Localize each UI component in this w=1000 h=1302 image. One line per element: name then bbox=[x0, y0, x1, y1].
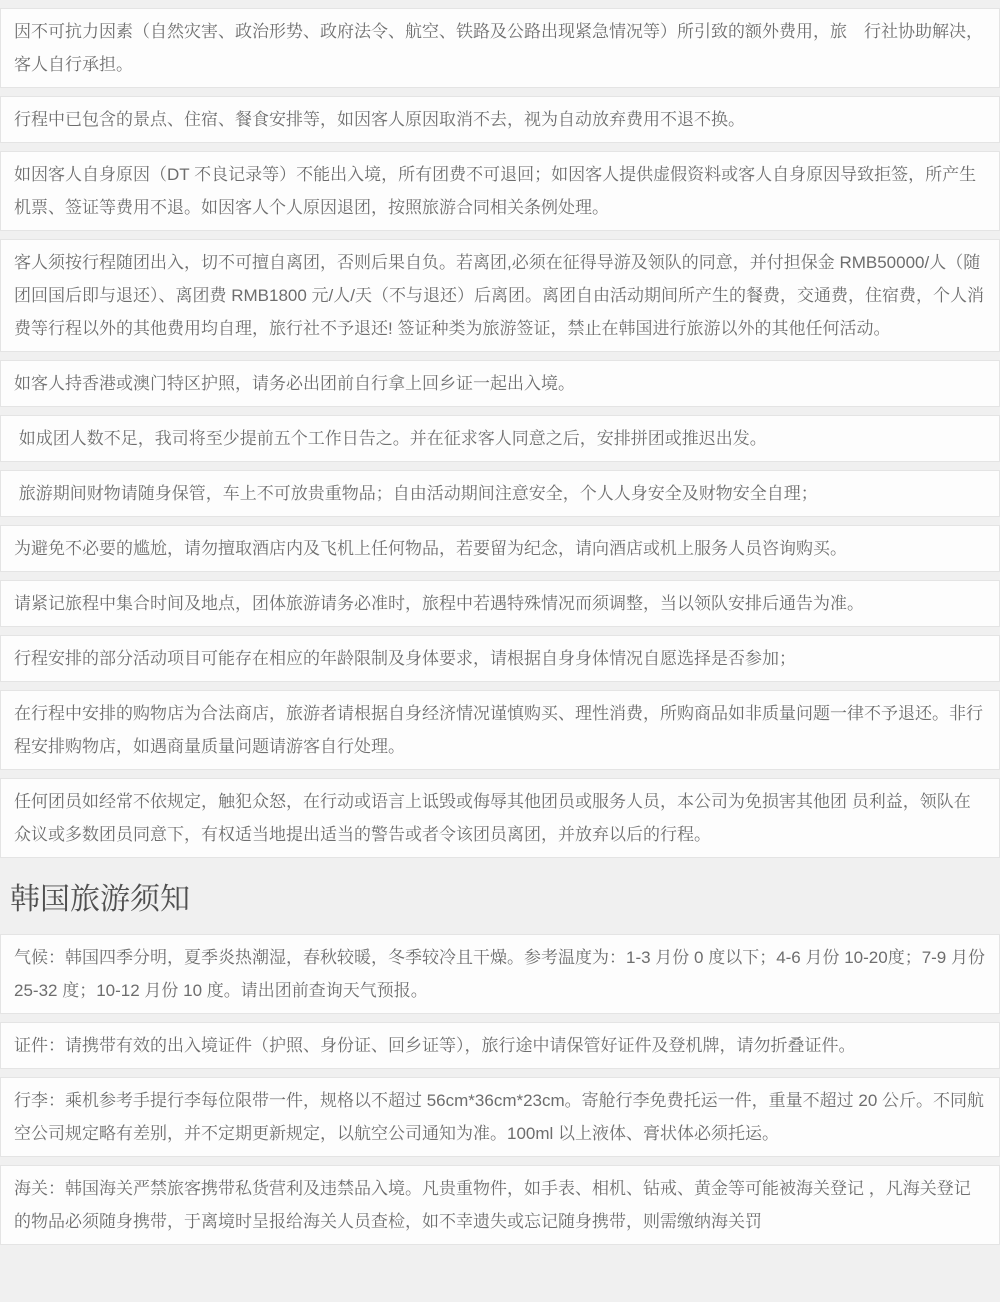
notice-shopping: 在行程中安排的购物店为合法商店，旅游者请根据自身经济情况谨慎购买、理性消费，所购… bbox=[0, 690, 1000, 770]
notice-hk-macau-passport: 如客人持香港或澳门特区护照，请务必出团前自行拿上回乡证一起出入境。 bbox=[0, 360, 1000, 407]
notice-customs: 海关：韩国海关严禁旅客携带私货营利及违禁品入境。凡贵重物件，如手表、相机、钻戒、… bbox=[0, 1165, 1000, 1245]
notice-climate: 气候：韩国四季分明，夏季炎热潮湿，春秋较暖，冬季较冷且干燥。参考温度为：1-3 … bbox=[0, 934, 1000, 1014]
notice-age-health: 行程安排的部分活动项目可能存在相应的年龄限制及身体要求，请根据自身身体情况自愿选… bbox=[0, 635, 1000, 682]
notice-luggage: 行李：乘机参考手提行李每位限带一件，规格以不超过 56cm*36cm*23cm。… bbox=[0, 1077, 1000, 1157]
notice-personal-reason: 如因客人自身原因（DT 不良记录等）不能出入境，所有团费不可退回；如因客人提供虚… bbox=[0, 151, 1000, 231]
korea-notices-section: 气候：韩国四季分明，夏季炎热潮湿，春秋较暖，冬季较冷且干燥。参考温度为：1-3 … bbox=[0, 934, 1000, 1245]
notice-group-size: 如成团人数不足，我司将至少提前五个工作日告之。并在征求客人同意之后，安排拼团或推… bbox=[0, 415, 1000, 462]
travel-notice-page: 因不可抗力因素（自然灾害、政治形势、政府法令、航空、铁路及公路出现紧急情况等）所… bbox=[0, 0, 1000, 1245]
general-notices-section: 因不可抗力因素（自然灾害、政治形势、政府法令、航空、铁路及公路出现紧急情况等）所… bbox=[0, 8, 1000, 858]
notice-punctuality: 请紧记旅程中集合时间及地点，团体旅游请务必准时，旅程中若遇特殊情况而须调整，当以… bbox=[0, 580, 1000, 627]
notice-misconduct: 任何团员如经常不依规定，触犯众怒，在行动或语言上诋毁或侮辱其他团员或服务人员，本… bbox=[0, 778, 1000, 858]
notice-included-items: 行程中已包含的景点、住宿、餐食安排等，如因客人原因取消不去，视为自动放弃费用不退… bbox=[0, 96, 1000, 143]
notice-leave-group: 客人须按行程随团出入，切不可擅自离团，否则后果自负。若离团,必须在征得导游及领队… bbox=[0, 239, 1000, 352]
notice-valuables: 旅游期间财物请随身保管，车上不可放贵重物品；自由活动期间注意安全，个人人身安全及… bbox=[0, 470, 1000, 517]
notice-hotel-items: 为避免不必要的尴尬，请勿擅取酒店内及飞机上任何物品，若要留为纪念，请向酒店或机上… bbox=[0, 525, 1000, 572]
korea-notice-title: 韩国旅游须知 bbox=[0, 880, 1000, 920]
notice-documents: 证件：请携带有效的出入境证件（护照、身份证、回乡证等），旅行途中请保管好证件及登… bbox=[0, 1022, 1000, 1069]
notice-force-majeure: 因不可抗力因素（自然灾害、政治形势、政府法令、航空、铁路及公路出现紧急情况等）所… bbox=[0, 8, 1000, 88]
